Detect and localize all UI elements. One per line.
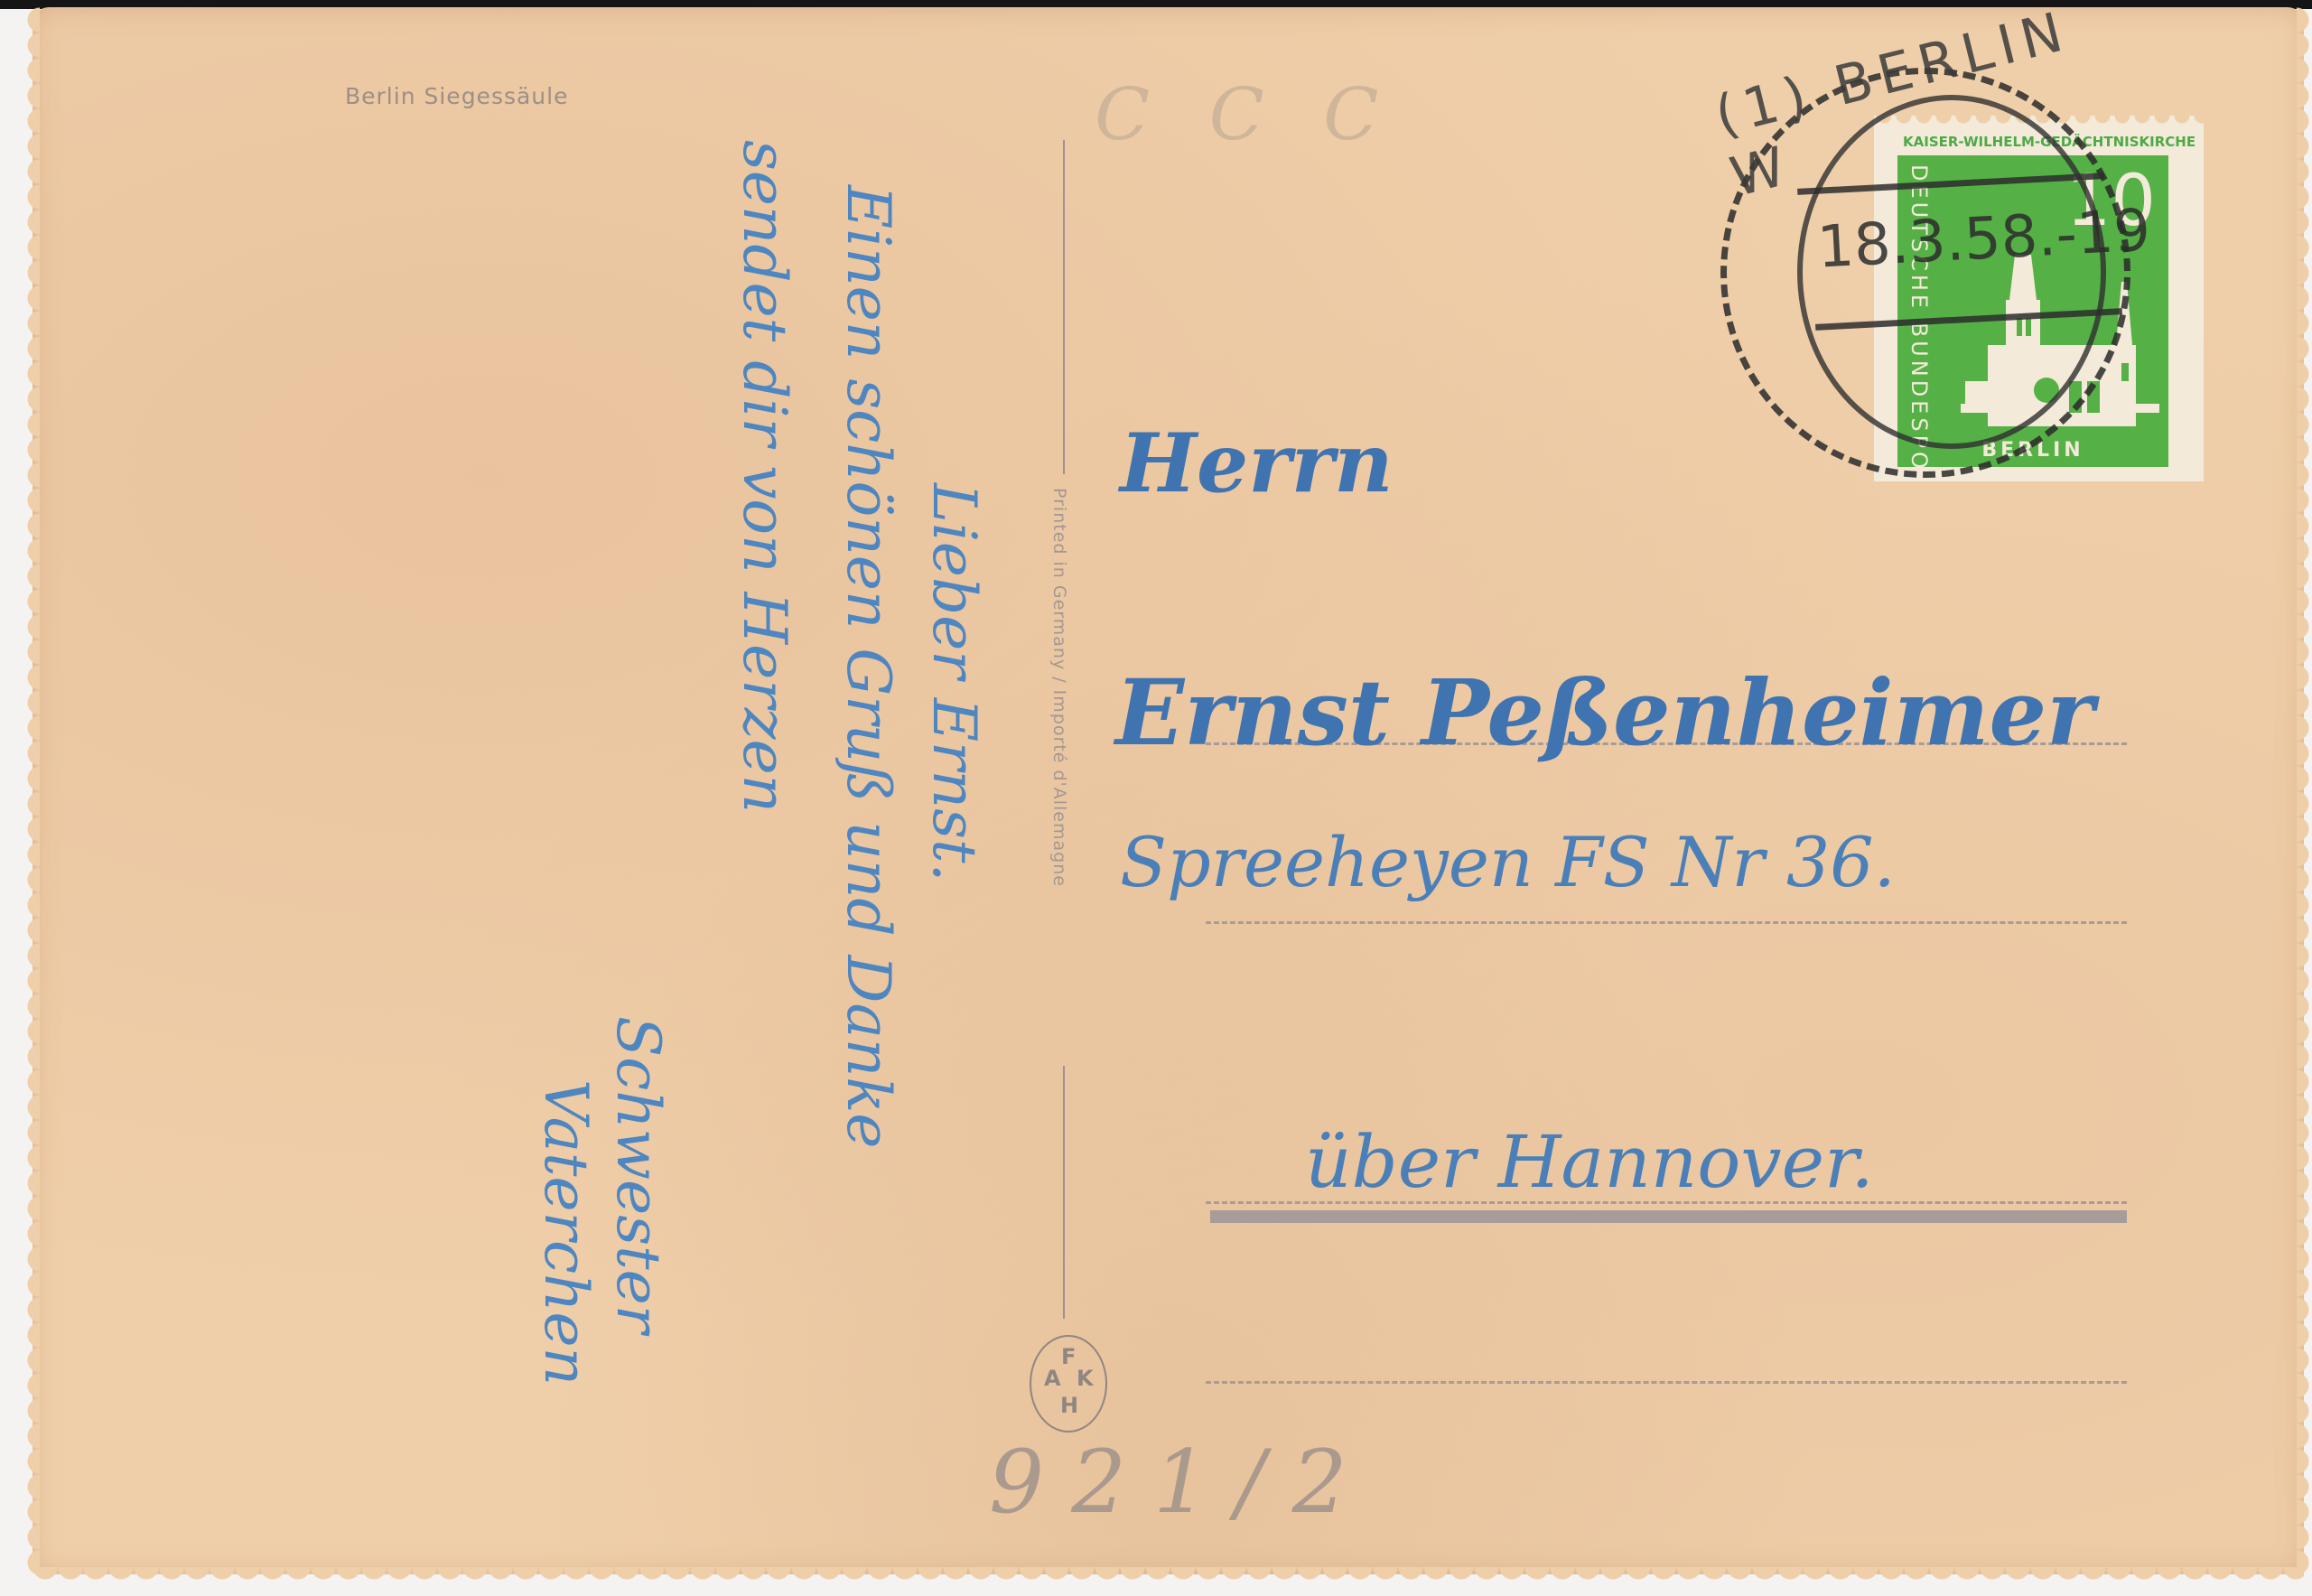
message-line: Schwester bbox=[603, 1016, 673, 1333]
center-divider-bottom bbox=[1063, 1066, 1065, 1319]
message-line: Lieber Ernst. bbox=[919, 483, 989, 882]
scalloped-edge-bottom bbox=[33, 1567, 2304, 1582]
center-divider-top bbox=[1063, 140, 1065, 474]
postcard-caption: Berlin Siegessäule bbox=[345, 83, 568, 109]
publisher-logo-icon: A F K H bbox=[1030, 1335, 1107, 1433]
message-line: Einen schönen Gruß und Danke bbox=[834, 185, 903, 1148]
address-recipient-name: Ernst Peßenheimer bbox=[1115, 659, 2094, 766]
logo-letter: H bbox=[1060, 1393, 1078, 1418]
address-city: über Hannover. bbox=[1305, 1120, 1874, 1204]
address-line-2 bbox=[1206, 921, 2127, 924]
pencil-marks: C C C bbox=[1095, 72, 1397, 156]
address-street: Spreeheyen FS Nr 36. bbox=[1120, 822, 1896, 902]
address-underline-bar bbox=[1210, 1210, 2127, 1223]
address-line-4 bbox=[1206, 1381, 2127, 1384]
printed-in-germany-imprint: Printed in Germany / Importé d'Allemagne bbox=[1049, 488, 1069, 887]
address-salutation: Herrn bbox=[1120, 415, 1394, 511]
logo-letter: F bbox=[1061, 1344, 1076, 1369]
logo-letter: A bbox=[1044, 1366, 1061, 1391]
logo-letter: K bbox=[1077, 1366, 1094, 1391]
pencil-inventory-number: 921/2 bbox=[989, 1432, 1375, 1533]
scalloped-edge-left bbox=[25, 7, 40, 1574]
message-line: Vaterchen bbox=[531, 1079, 601, 1386]
scalloped-edge-right bbox=[2297, 7, 2311, 1574]
message-line: sendet dir von Herzen bbox=[730, 140, 799, 813]
